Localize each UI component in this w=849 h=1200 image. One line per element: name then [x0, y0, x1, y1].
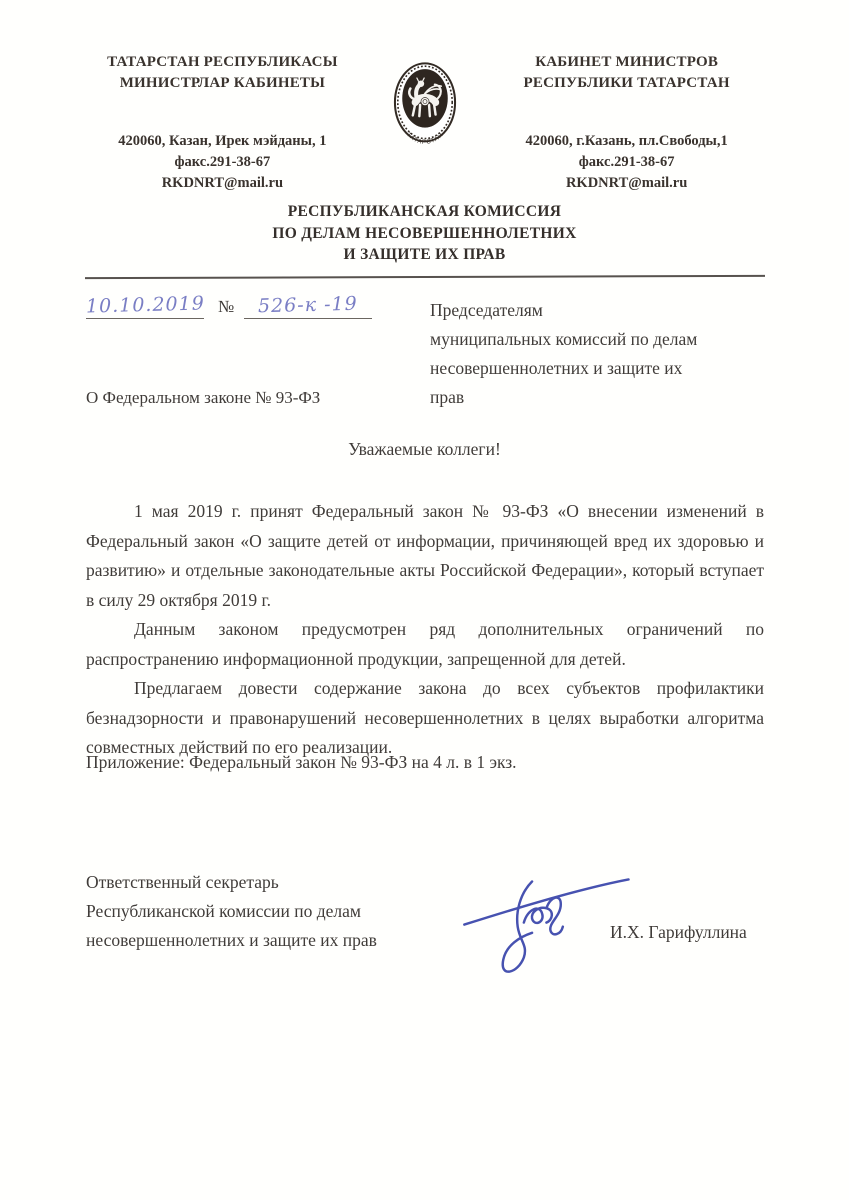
org-address-tatar: 420060, Казан, Ирек мэйданы, 1 факс.291-… [78, 131, 367, 194]
signature-stroke [464, 879, 628, 971]
addressee-line2: муниципальных комиссий по делам [430, 325, 750, 354]
attachment-line: Приложение: Федеральный закон № 93-ФЗ на… [86, 752, 517, 773]
salutation: Уважаемые коллеги! [0, 439, 849, 460]
org-address-tatar-line3: RKDNRT@mail.ru [78, 173, 367, 194]
handwritten-signature [452, 858, 647, 983]
addressee-line4: прав [430, 383, 750, 412]
letterhead-right-column: КАБИНЕТ МИНИСТРОВ РЕСПУБЛИКИ ТАТАРСТАН 4… [482, 52, 771, 194]
signer-position-line2: Республиканской комиссии по делам [86, 897, 466, 926]
body-paragraph-1: 1 мая 2019 г. принят Федеральный закон №… [86, 497, 764, 615]
commission-title: РЕСПУБЛИКАНСКАЯ КОМИССИЯ ПО ДЕЛАМ НЕСОВЕ… [0, 201, 849, 266]
org-address-tatar-line2: факс.291-38-67 [78, 152, 367, 173]
org-address-russian-line1: 420060, г.Казань, пл.Свободы,1 [482, 131, 771, 152]
body-paragraph-3: Предлагаем довести содержание закона до … [86, 674, 764, 763]
signer-name: И.Х. Гарифуллина [610, 922, 747, 943]
addressee-line3: несовершеннолетних и защите их [430, 354, 750, 383]
org-address-tatar-line1: 420060, Казан, Ирек мэйданы, 1 [78, 131, 367, 152]
letter-body: 1 мая 2019 г. принят Федеральный закон №… [86, 497, 764, 763]
org-name-russian-line2: РЕСПУБЛИКИ ТАТАРСТАН [482, 73, 771, 94]
subject-line: О Федеральном законе № 93-ФЗ [86, 388, 320, 408]
number-sign-label: № [218, 297, 234, 317]
scanned-letter-page: ТАТАРСТАН РЕСПУБЛИКАСЫ МИНИСТРЛАР КАБИНЕ… [0, 0, 849, 1200]
signer-position-line3: несовершеннолетних и защите их прав [86, 926, 466, 955]
handwritten-date: 10.10.2019 [86, 292, 205, 317]
reference-number-field: 526-к -19 [244, 294, 372, 319]
org-name-tatar-line1: ТАТАРСТАН РЕСПУБЛИКАСЫ [78, 52, 367, 73]
letterhead: ТАТАРСТАН РЕСПУБЛИКАСЫ МИНИСТРЛАР КАБИНЕ… [78, 52, 771, 194]
addressee-line1: Председателям [430, 296, 750, 325]
addressee-block: Председателям муниципальных комиссий по … [430, 296, 750, 412]
org-name-tatar-line2: МИНИСТРЛАР КАБИНЕТЫ [78, 73, 367, 94]
org-name-russian-line1: КАБИНЕТ МИНИСТРОВ [482, 52, 771, 73]
org-address-russian-line3: RKDNRT@mail.ru [482, 173, 771, 194]
commission-title-line3: И ЗАЩИТЕ ИХ ПРАВ [0, 244, 849, 266]
tatarstan-emblem-icon: ТАТАРСТАН [384, 52, 466, 156]
org-address-russian-line2: факс.291-38-67 [482, 152, 771, 173]
org-name-russian: КАБИНЕТ МИНИСТРОВ РЕСПУБЛИКИ ТАТАРСТАН [482, 52, 771, 94]
signer-position-block: Ответственный секретарь Республиканской … [86, 868, 466, 955]
reference-date-field: 10.10.2019 [86, 294, 204, 319]
letterhead-left-column: ТАТАРСТАН РЕСПУБЛИКАСЫ МИНИСТРЛАР КАБИНЕ… [78, 52, 367, 194]
reference-row: 10.10.2019 № 526-к -19 [86, 294, 372, 319]
letterhead-separator-rule [85, 275, 765, 279]
commission-title-line2: ПО ДЕЛАМ НЕСОВЕРШЕННОЛЕТНИХ [0, 223, 849, 245]
org-address-russian: 420060, г.Казань, пл.Свободы,1 факс.291-… [482, 131, 771, 194]
body-paragraph-2: Данным законом предусмотрен ряд дополнит… [86, 615, 764, 674]
signer-position-line1: Ответственный секретарь [86, 868, 466, 897]
letterhead-emblem-column: ТАТАРСТАН [367, 52, 483, 194]
handwritten-number: 526-к -19 [258, 293, 358, 318]
commission-title-line1: РЕСПУБЛИКАНСКАЯ КОМИССИЯ [0, 201, 849, 223]
org-name-tatar: ТАТАРСТАН РЕСПУБЛИКАСЫ МИНИСТРЛАР КАБИНЕ… [78, 52, 367, 94]
